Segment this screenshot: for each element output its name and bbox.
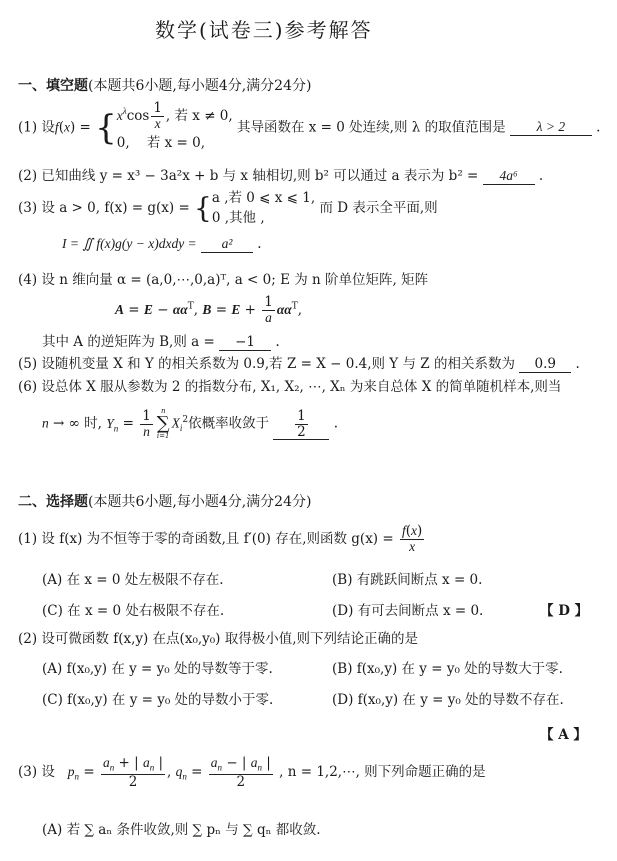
choice-q2-option-c: (C) f(x₀,y) 在 y = y₀ 处的导数小于零. bbox=[42, 688, 273, 708]
answer-blank: λ > 2 bbox=[510, 119, 592, 136]
choice-q2-option-b: (B) f(x₀,y) 在 y = y₀ 处的导数大于零. bbox=[332, 657, 563, 677]
answer-blank: 4a⁶ bbox=[483, 168, 535, 185]
choice-q1-option-d: (D) 有可去间断点 x = 0. bbox=[332, 599, 483, 619]
fill-q5: (5) 设随机变量 X 和 Y 的相关系数为 0.9,若 Z = X − 0.4… bbox=[18, 352, 580, 373]
fill-q4: (4) 设 n 维向量 α = (a,0,⋯,0,a)ᵀ, a < 0; E 为… bbox=[18, 268, 428, 288]
answer-blank: 12 bbox=[273, 409, 329, 441]
fill-q1: (1) 设f(x) = {xλcos1x, 若 x ≠ 0,0, 若 x = 0… bbox=[18, 101, 600, 155]
choice-q1-option-a: (A) 在 x = 0 处左极限不存在. bbox=[42, 568, 224, 588]
fill-q6: (6) 设总体 X 服从参数为 2 的指数分布, X₁, X₂, ⋯, Xₙ 为… bbox=[18, 375, 561, 395]
fill-q2: (2) 已知曲线 y = x³ − 3a²x + b 与 x 轴相切,则 b² … bbox=[18, 164, 543, 185]
fill-q6-line2: n → ∞ 时, Yn = 1nn∑i=1Xi2依概率收敛于 12 . bbox=[42, 408, 338, 440]
fill-q3-integral: I = ∬ f(x)g(y − x)dxdy = a² . bbox=[62, 236, 262, 253]
section-1-heading: 一、填空题(本题共6小题,每小题4分,满分24分) bbox=[18, 75, 311, 95]
choice-q2-option-d: (D) f(x₀,y) 在 y = y₀ 处的导数不存在. bbox=[332, 688, 564, 708]
choice-q3-option-a: (A) 若 ∑ aₙ 条件收敛,则 ∑ pₙ 与 ∑ qₙ 都收敛. bbox=[42, 818, 321, 838]
choice-q2-option-a: (A) f(x₀,y) 在 y = y₀ 处的导数等于零. bbox=[42, 657, 273, 677]
page-title: 数学(试卷三)参考解答 bbox=[155, 14, 373, 43]
fill-q3: (3) 设 a > 0, f(x) = g(x) = {a ,若 0 ⩽ x ⩽… bbox=[18, 188, 438, 229]
choice-q2: (2) 设可微函数 f(x,y) 在点(x₀,y₀) 取得极小值,则下列结论正确… bbox=[18, 627, 418, 647]
choice-q1-option-b: (B) 有跳跃间断点 x = 0. bbox=[332, 568, 482, 588]
answer-blank: 0.9 bbox=[519, 356, 571, 373]
section-2-heading: 二、选择题(本题共6小题,每小题4分,满分24分) bbox=[18, 491, 311, 511]
choice-q1-answer: 【 D 】 bbox=[540, 599, 588, 619]
answer-blank: −1 bbox=[219, 334, 271, 351]
fill-q4-cond: 其中 A 的逆矩阵为 B,则 a = −1 . bbox=[42, 330, 280, 351]
choice-q1-option-c: (C) 在 x = 0 处右极限不存在. bbox=[42, 599, 224, 619]
answer-blank: a² bbox=[201, 236, 253, 253]
choice-q3: (3) 设 pn = an + | an |2, qn = an − | an … bbox=[18, 756, 486, 789]
fill-q4-eq: A = E − ααT, B = E + 1aααT, bbox=[115, 295, 302, 326]
choice-q2-answer: 【 A 】 bbox=[540, 723, 587, 743]
choice-q1: (1) 设 f(x) 为不恒等于零的奇函数,且 f′(0) 存在,则函数 g(x… bbox=[18, 524, 426, 555]
